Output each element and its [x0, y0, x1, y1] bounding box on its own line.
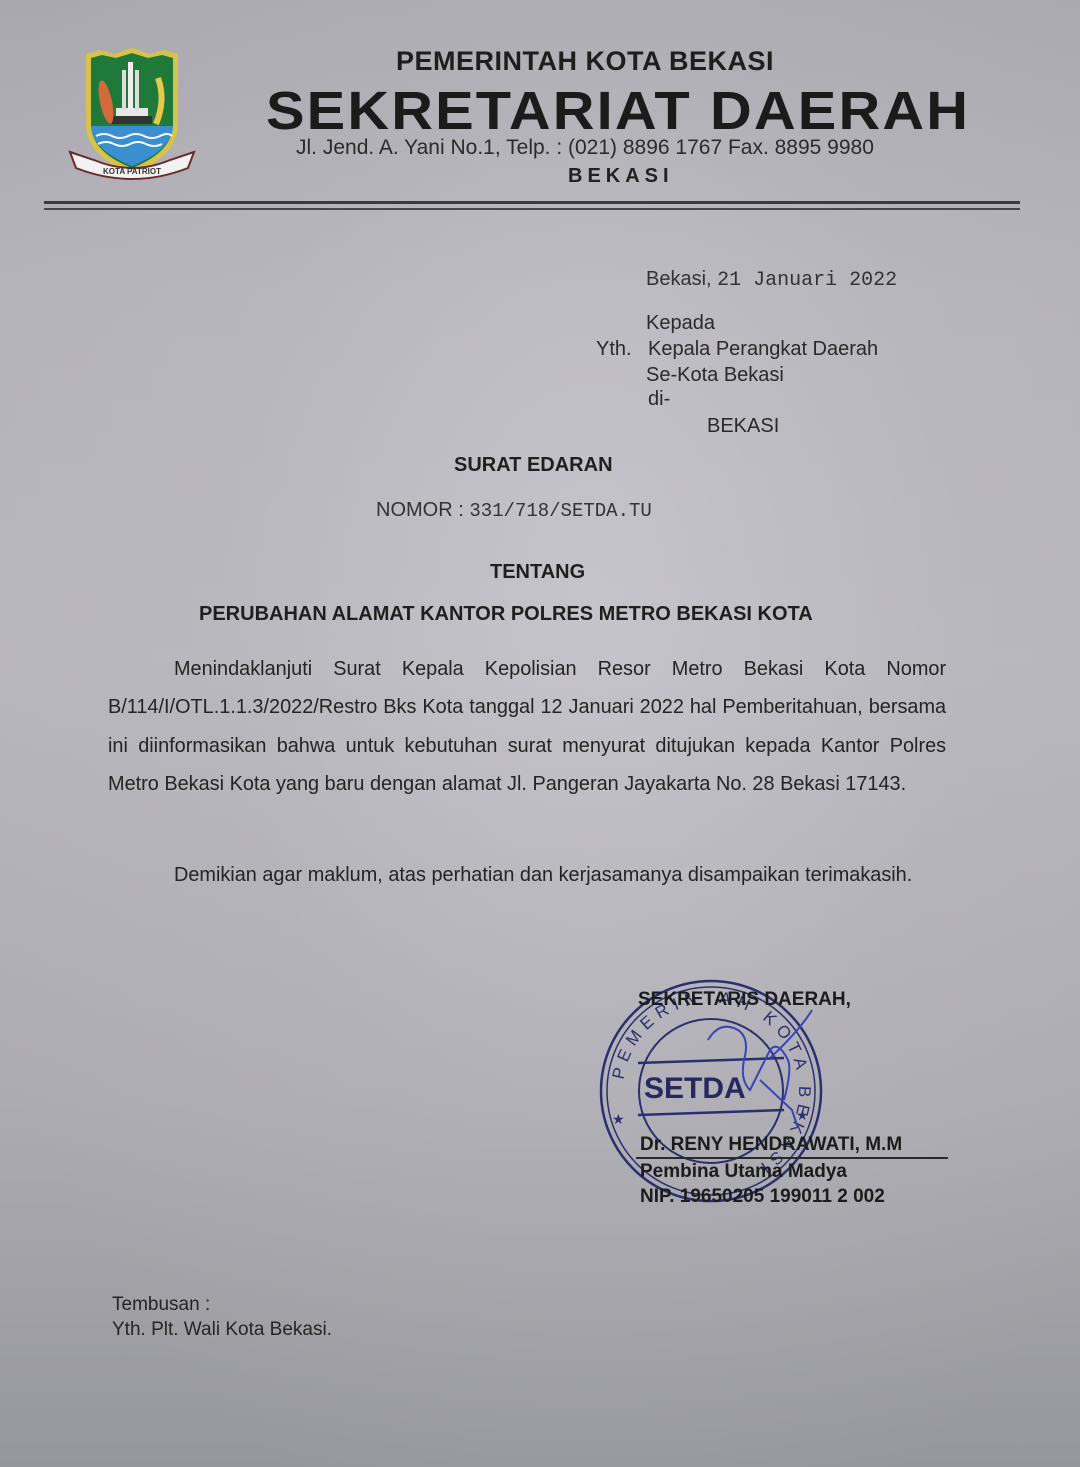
recipient-line-1: Kepala Perangkat Daerah	[648, 338, 878, 361]
letter-type: SURAT EDARAN	[454, 454, 613, 477]
letter-date: Bekasi, 21 Januari 2022	[646, 268, 897, 292]
signatory-position: SEKRETARIS DAERAH,	[638, 989, 851, 1011]
signatory-name: Dr. RENY HENDRAWATI, M.M	[640, 1134, 902, 1156]
body-paragraph-2-text: Demikian agar maklum, atas perhatian dan…	[174, 863, 912, 886]
government-name: PEMERINTAH KOTA BEKASI	[396, 46, 774, 77]
copy-recipient: Yth. Plt. Wali Kota Bekasi.	[112, 1319, 332, 1341]
office-city: BEKASI	[568, 165, 674, 188]
svg-text:KOTA PATRIOT: KOTA PATRIOT	[103, 167, 161, 176]
number-label: NOMOR :	[376, 499, 464, 521]
signatory-name-underline	[636, 1157, 948, 1159]
body-paragraph-1-text: Menindaklanjuti Surat Kepala Kepolisian …	[108, 657, 946, 795]
copy-label: Tembusan :	[112, 1294, 210, 1316]
body-paragraph-2: Demikian agar maklum, atas perhatian dan…	[108, 856, 946, 894]
recipient-to-label: Kepada	[646, 312, 715, 335]
office-address: Jl. Jend. A. Yani No.1, Telp. : (021) 88…	[296, 136, 874, 160]
document-page: KOTA PATRIOT PEMERINTAH KOTA BEKASI SEKR…	[0, 0, 1080, 1467]
signatory-rank: Pembina Utama Madya	[640, 1161, 847, 1183]
recipient-line-2: Se-Kota Bekasi	[646, 364, 784, 387]
office-name: SEKRETARIAT DAERAH	[266, 80, 970, 142]
about-label: TENTANG	[490, 561, 585, 584]
letterhead-divider-thin	[44, 208, 1020, 210]
recipient-line-4: BEKASI	[707, 415, 779, 438]
handwritten-signature-icon	[700, 1000, 820, 1130]
signatory-nip: NIP. 19650205 199011 2 002	[640, 1186, 885, 1208]
date-value: 21 Januari 2022	[717, 269, 897, 292]
body-paragraph-1: Menindaklanjuti Surat Kepala Kepolisian …	[108, 650, 946, 803]
letter-subject: PERUBAHAN ALAMAT KANTOR POLRES METRO BEK…	[199, 603, 813, 626]
svg-text:★: ★	[612, 1111, 625, 1127]
kota-bekasi-emblem-icon: KOTA PATRIOT	[64, 44, 200, 184]
recipient-honorific: Yth.	[596, 338, 632, 361]
recipient-line-3: di-	[648, 388, 670, 411]
date-place: Bekasi,	[646, 268, 712, 290]
number-value: 331/718/SETDA.TU	[469, 500, 651, 522]
letterhead-divider	[44, 201, 1020, 204]
letter-number: NOMOR : 331/718/SETDA.TU	[376, 499, 652, 522]
